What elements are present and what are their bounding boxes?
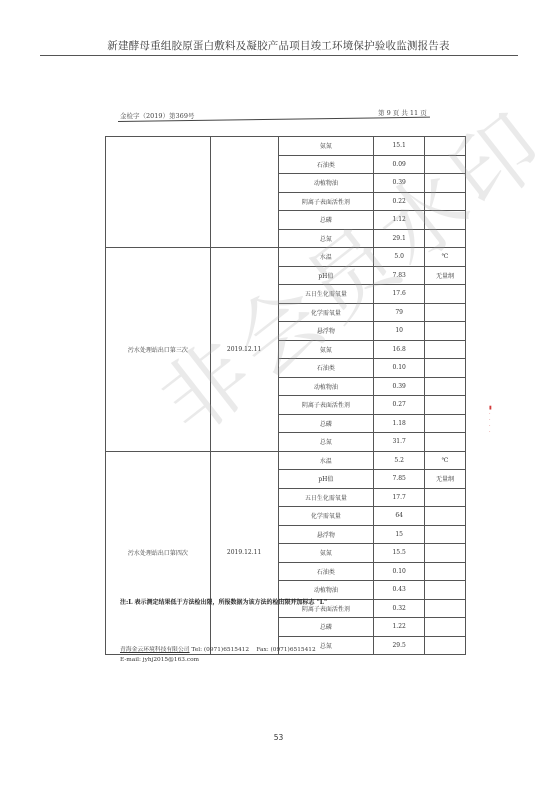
fax-value: (0971)6515412 bbox=[271, 647, 316, 653]
parameter-name: 氨氮 bbox=[278, 544, 374, 563]
parameter-name: 总磷 bbox=[278, 618, 374, 637]
measured-value: 29.1 bbox=[374, 229, 425, 248]
measured-value: 10 bbox=[374, 322, 425, 341]
sampling-date: 2019.12.11 bbox=[210, 451, 278, 655]
parameter-name: 悬浮物 bbox=[278, 322, 374, 341]
unit bbox=[425, 174, 466, 193]
unit bbox=[425, 340, 466, 359]
parameter-name: 悬浮物 bbox=[278, 525, 374, 544]
seal-edge-mark: ▮···· bbox=[489, 405, 493, 435]
tel-label: Tel: bbox=[191, 647, 202, 653]
table-row: 污水处理站出口第四次2019.12.11水温5.2℃ bbox=[106, 451, 466, 470]
unit bbox=[425, 618, 466, 637]
measured-value: 0.27 bbox=[374, 396, 425, 415]
unit bbox=[425, 192, 466, 211]
measured-value: 0.39 bbox=[374, 377, 425, 396]
parameter-name: 总氮 bbox=[278, 229, 374, 248]
measured-value: 7.85 bbox=[374, 470, 425, 489]
parameter-name: 石油类 bbox=[278, 155, 374, 174]
unit: ℃ bbox=[425, 451, 466, 470]
measured-value: 0.32 bbox=[374, 599, 425, 618]
unit bbox=[425, 562, 466, 581]
parameter-name: 化学需氧量 bbox=[278, 507, 374, 526]
monitoring-results-table: 氨氮15.1石油类0.09动植物油0.39阴离子表面活性剂0.22总磷1.12总… bbox=[105, 136, 466, 655]
unit bbox=[425, 507, 466, 526]
measured-value: 7.83 bbox=[374, 266, 425, 285]
measured-value: 0.10 bbox=[374, 562, 425, 581]
page-info: 第 9 页 共 11 页 bbox=[378, 108, 427, 117]
company-name: 青海金云环境科技有限公司 bbox=[120, 647, 190, 653]
unit bbox=[425, 414, 466, 433]
email-label: E-mail: bbox=[120, 657, 141, 663]
measured-value: 1.12 bbox=[374, 211, 425, 230]
measured-value: 79 bbox=[374, 303, 425, 322]
table-note: 注:L 表示测定结果低于方法检出限，所报数据为该方法的检出限并加标志 "L" bbox=[120, 597, 327, 606]
measured-value: 64 bbox=[374, 507, 425, 526]
unit bbox=[425, 544, 466, 563]
unit: 无量纲 bbox=[425, 470, 466, 489]
sampling-date bbox=[210, 137, 278, 248]
measured-value: 0.39 bbox=[374, 174, 425, 193]
measured-value: 0.09 bbox=[374, 155, 425, 174]
unit bbox=[425, 525, 466, 544]
measured-value: 1.22 bbox=[374, 618, 425, 637]
unit: 无量纲 bbox=[425, 266, 466, 285]
measured-value: 15.1 bbox=[374, 137, 425, 156]
measured-value: 17.7 bbox=[374, 488, 425, 507]
tel-value: (0971)6515412 bbox=[204, 647, 249, 653]
unit bbox=[425, 581, 466, 600]
sampling-location bbox=[106, 137, 211, 248]
parameter-name: 五日生化需氧量 bbox=[278, 285, 374, 304]
sampling-location: 污水处理站出口第三次 bbox=[106, 248, 211, 452]
parameter-name: 阴离子表面活性剂 bbox=[278, 396, 374, 415]
parameter-name: 总磷 bbox=[278, 414, 374, 433]
measured-value: 17.6 bbox=[374, 285, 425, 304]
measured-value: 16.8 bbox=[374, 340, 425, 359]
measured-value: 1.18 bbox=[374, 414, 425, 433]
measured-value: 0.43 bbox=[374, 581, 425, 600]
parameter-name: 动植物油 bbox=[278, 377, 374, 396]
unit bbox=[425, 599, 466, 618]
measured-value: 15.5 bbox=[374, 544, 425, 563]
unit: ℃ bbox=[425, 248, 466, 267]
parameter-name: 水温 bbox=[278, 451, 374, 470]
measured-value: 5.0 bbox=[374, 248, 425, 267]
parameter-name: 阴离子表面活性剂 bbox=[278, 192, 374, 211]
email-value[interactable]: jyhj2015@163.com bbox=[143, 657, 199, 663]
parameter-name: pH值 bbox=[278, 266, 374, 285]
parameter-name: 氨氮 bbox=[278, 340, 374, 359]
unit bbox=[425, 155, 466, 174]
document-title: 新建酵母重组胶原蛋白敷料及凝胶产品项目竣工环境保护验收监测报告表 bbox=[0, 38, 557, 53]
unit bbox=[425, 229, 466, 248]
parameter-name: 化学需氧量 bbox=[278, 303, 374, 322]
measured-value: 15 bbox=[374, 525, 425, 544]
measured-value: 31.7 bbox=[374, 433, 425, 452]
parameter-name: 五日生化需氧量 bbox=[278, 488, 374, 507]
unit bbox=[425, 636, 466, 655]
measured-value: 5.2 bbox=[374, 451, 425, 470]
unit bbox=[425, 322, 466, 341]
table-row: 污水处理站出口第三次2019.12.11水温5.0℃ bbox=[106, 248, 466, 267]
parameter-name: 石油类 bbox=[278, 562, 374, 581]
page-number: 53 bbox=[0, 733, 557, 742]
unit bbox=[425, 377, 466, 396]
parameter-name: 总氮 bbox=[278, 433, 374, 452]
table-row: 氨氮15.1 bbox=[106, 137, 466, 156]
unit bbox=[425, 359, 466, 378]
unit bbox=[425, 285, 466, 304]
unit bbox=[425, 211, 466, 230]
parameter-name: 动植物油 bbox=[278, 174, 374, 193]
sampling-date: 2019.12.11 bbox=[210, 248, 278, 452]
measured-value: 0.10 bbox=[374, 359, 425, 378]
parameter-name: 氨氮 bbox=[278, 137, 374, 156]
unit bbox=[425, 137, 466, 156]
parameter-name: 石油类 bbox=[278, 359, 374, 378]
parameter-name: pH值 bbox=[278, 470, 374, 489]
unit bbox=[425, 433, 466, 452]
measured-value: 0.22 bbox=[374, 192, 425, 211]
unit bbox=[425, 303, 466, 322]
unit bbox=[425, 488, 466, 507]
parameter-name: 总磷 bbox=[278, 211, 374, 230]
measured-value: 29.5 bbox=[374, 636, 425, 655]
parameter-name: 水温 bbox=[278, 248, 374, 267]
report-number: 金检字（2019）第369号 bbox=[120, 111, 194, 120]
unit bbox=[425, 396, 466, 415]
fax-label: Fax: bbox=[256, 647, 268, 653]
company-footer: 青海金云环境科技有限公司 Tel: (0971)6515412 Fax: (09… bbox=[120, 645, 316, 665]
header-rule bbox=[40, 55, 518, 56]
sampling-location: 污水处理站出口第四次 bbox=[106, 451, 211, 655]
